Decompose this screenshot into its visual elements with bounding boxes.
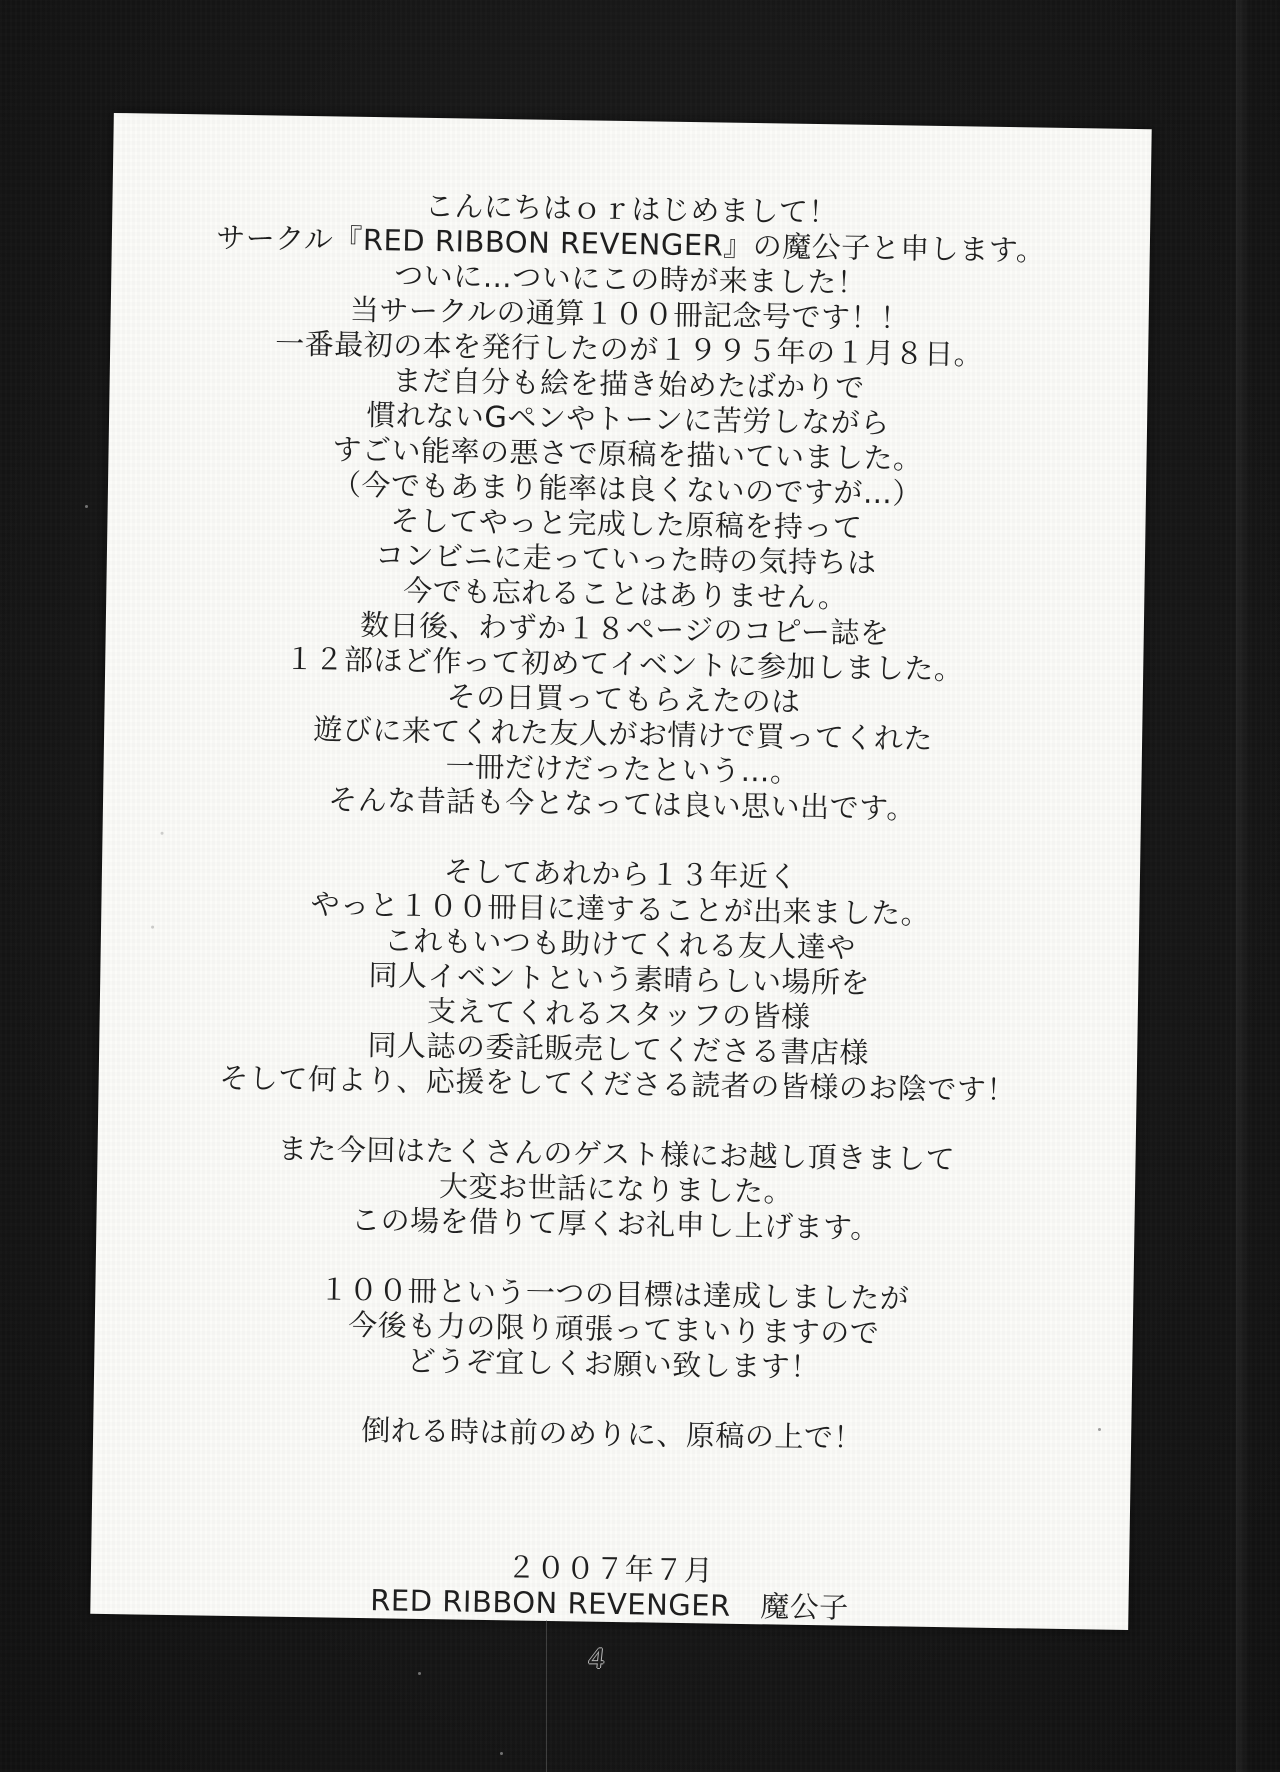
scan-speck	[418, 1672, 421, 1675]
paragraph: こんにちはｏｒはじめまして！サークル『RED RIBBON REVENGER』の…	[103, 184, 1151, 830]
paragraph: １００冊という一つの目標は達成しましたが今後も力の限り頑張ってまいりますのでどう…	[94, 1269, 1134, 1390]
afterword-text: こんにちはｏｒはじめまして！サークル『RED RIBBON REVENGER』の…	[90, 113, 1151, 1630]
paragraph: 倒れる時は前のめりに、原稿の上で！	[93, 1409, 1131, 1460]
text-line: 倒れる時は前のめりに、原稿の上で！	[93, 1409, 1131, 1460]
scan-speck	[85, 505, 88, 508]
scan-edge-artifact	[1236, 0, 1250, 1772]
scan-speck	[500, 1752, 503, 1755]
afterword-page: こんにちはｏｒはじめまして！サークル『RED RIBBON REVENGER』の…	[90, 113, 1151, 1630]
paragraph: また今回はたくさんのゲスト様にお越し頂きまして大変お世話になりました。この場を借…	[96, 1129, 1136, 1250]
paragraph: そしてあれから１３年近くやっと１００冊目に達することが出来ました。これもいつも助…	[98, 849, 1140, 1110]
page-number: 4	[586, 1645, 606, 1675]
scanned-page-background: こんにちはｏｒはじめまして！サークル『RED RIBBON REVENGER』の…	[0, 0, 1280, 1772]
scan-fold-line	[546, 1620, 547, 1772]
paragraph: ２００７年７月RED RIBBON REVENGER 魔公子	[90, 1544, 1129, 1630]
